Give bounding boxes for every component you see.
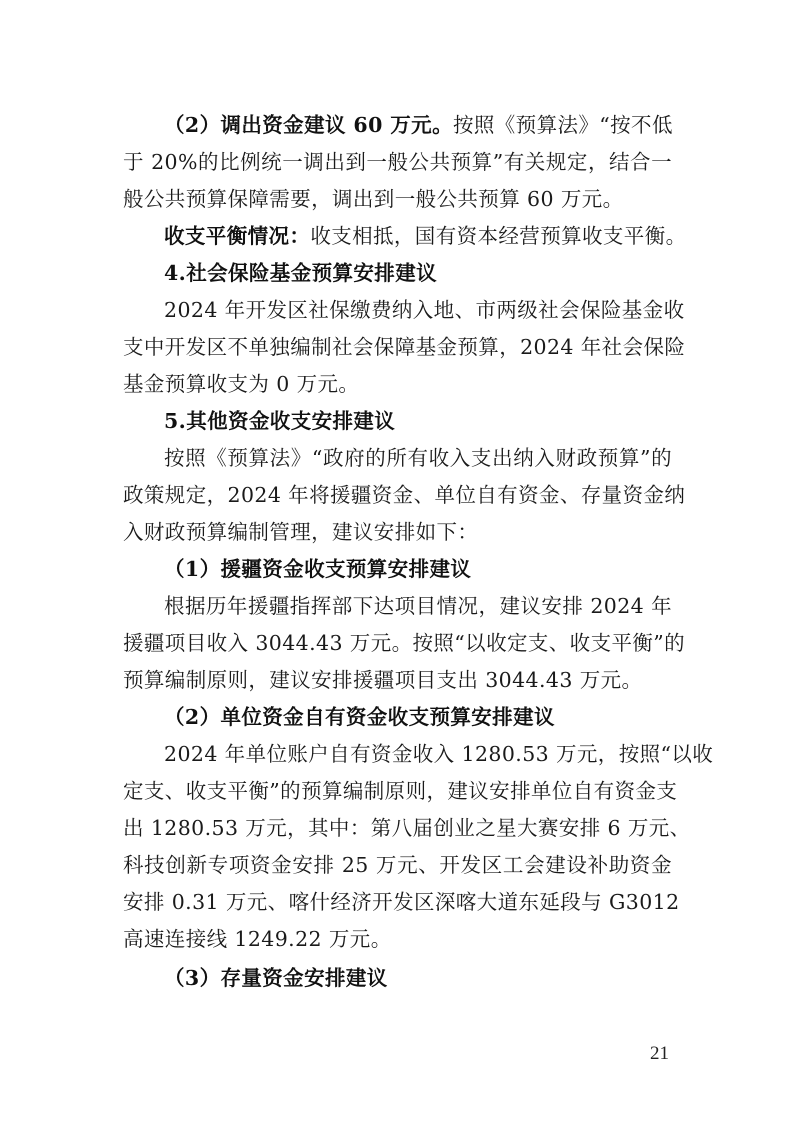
section-heading: 5.其他资金收支安排建议 (164, 408, 672, 434)
text-line: 根据历年援疆指挥部下达项目情况，建议安排 2024 年 (164, 593, 672, 619)
paragraph-text: 援疆项目收入 3044.43 万元。按照“以收定支、收支平衡”的 (123, 631, 685, 655)
subsection-heading: （3）存量资金安排建议 (164, 965, 672, 991)
text-line: 定支、收支平衡”的预算编制原则，建议安排单位自有资金支 (123, 778, 672, 804)
section-heading-text: 4.社会保险基金预算安排建议 (164, 261, 437, 285)
subsection-heading-text: （1）援疆资金收支预算安排建议 (164, 557, 471, 581)
paragraph-text: 政策规定，2024 年将援疆资金、单位自有资金、存量资金纳 (123, 483, 685, 507)
paragraph-text: 基金预算收支为 0 万元。 (123, 372, 359, 396)
text-line: 安排 0.31 万元、喀什经济开发区深喀大道东延段与 G3012 (123, 889, 672, 915)
text-line: 援疆项目收入 3044.43 万元。按照“以收定支、收支平衡”的 (123, 630, 672, 656)
paragraph-text: 支中开发区不单独编制社会保障基金预算，2024 年社会保险 (123, 335, 685, 359)
page-number: 21 (650, 1043, 669, 1065)
subsection-heading: （2）单位资金自有资金收支预算安排建议 (164, 704, 672, 730)
text-line: 入财政预算编制管理，建议安排如下： (123, 519, 672, 545)
paragraph-text: 出 1280.53 万元，其中：第八届创业之星大赛安排 6 万元、 (123, 816, 691, 840)
text-line: （2）调出资金建议 60 万元。按照《预算法》“按不低 (164, 112, 672, 138)
text-line: 收支平衡情况：收支相抵，国有资本经营预算收支平衡。 (164, 223, 672, 249)
paragraph-text: 入财政预算编制管理，建议安排如下： (123, 520, 478, 544)
text-line: 支中开发区不单独编制社会保障基金预算，2024 年社会保险 (123, 334, 672, 360)
paragraph-text: 定支、收支平衡”的预算编制原则，建议安排单位自有资金支 (123, 779, 677, 803)
paragraph-text: 科技创新专项资金安排 25 万元、开发区工会建设补助资金 (123, 853, 672, 877)
text-line: 于 20%的比例统一调出到一般公共预算”有关规定，结合一 (123, 149, 672, 175)
paragraph-text: 于 20%的比例统一调出到一般公共预算”有关规定，结合一 (123, 150, 672, 174)
text-line: 出 1280.53 万元，其中：第八届创业之星大赛安排 6 万元、 (123, 815, 672, 841)
text-line: 预算编制原则，建议安排援疆项目支出 3044.43 万元。 (123, 667, 672, 693)
text-line: 按照《预算法》“政府的所有收入支出纳入财政预算”的 (164, 445, 672, 471)
subsection-heading-text: （2）单位资金自有资金收支预算安排建议 (164, 705, 555, 729)
text-line: 般公共预算保障需要，调出到一般公共预算 60 万元。 (123, 186, 672, 212)
balance-label: 收支平衡情况： (164, 224, 310, 248)
paragraph-text: 收支相抵，国有资本经营预算收支平衡。 (310, 224, 686, 248)
document-page: （2）调出资金建议 60 万元。按照《预算法》“按不低 于 20%的比例统一调出… (0, 0, 793, 1122)
paragraph-text: 安排 0.31 万元、喀什经济开发区深喀大道东延段与 G3012 (123, 890, 680, 914)
subsection-heading-text: （3）存量资金安排建议 (164, 966, 388, 990)
text-line: 政策规定，2024 年将援疆资金、单位自有资金、存量资金纳 (123, 482, 672, 508)
text-line: 2024 年单位账户自有资金收入 1280.53 万元，按照“以收 (164, 741, 672, 767)
paragraph-text: 般公共预算保障需要，调出到一般公共预算 60 万元。 (123, 187, 624, 211)
paragraph-text: 高速连接线 1249.22 万元。 (123, 927, 392, 951)
subheading: （2）调出资金建议 60 万元。 (164, 113, 453, 137)
text-line: 2024 年开发区社保缴费纳入地、市两级社会保险基金收 (164, 297, 672, 323)
paragraph-text: 预算编制原则，建议安排援疆项目支出 3044.43 万元。 (123, 668, 642, 692)
section-heading: 4.社会保险基金预算安排建议 (164, 260, 672, 286)
paragraph-text: 按照《预算法》“政府的所有收入支出纳入财政预算”的 (164, 446, 672, 470)
paragraph-text: 根据历年援疆指挥部下达项目情况，建议安排 2024 年 (164, 594, 672, 618)
paragraph-text: 按照《预算法》“按不低 (453, 113, 673, 137)
section-heading-text: 5.其他资金收支安排建议 (164, 409, 395, 433)
paragraph-text: 2024 年开发区社保缴费纳入地、市两级社会保险基金收 (164, 298, 685, 322)
text-line: 基金预算收支为 0 万元。 (123, 371, 672, 397)
text-line: 科技创新专项资金安排 25 万元、开发区工会建设补助资金 (123, 852, 672, 878)
subsection-heading: （1）援疆资金收支预算安排建议 (164, 556, 672, 582)
text-line: 高速连接线 1249.22 万元。 (123, 926, 672, 952)
paragraph-text: 2024 年单位账户自有资金收入 1280.53 万元，按照“以收 (164, 742, 713, 766)
